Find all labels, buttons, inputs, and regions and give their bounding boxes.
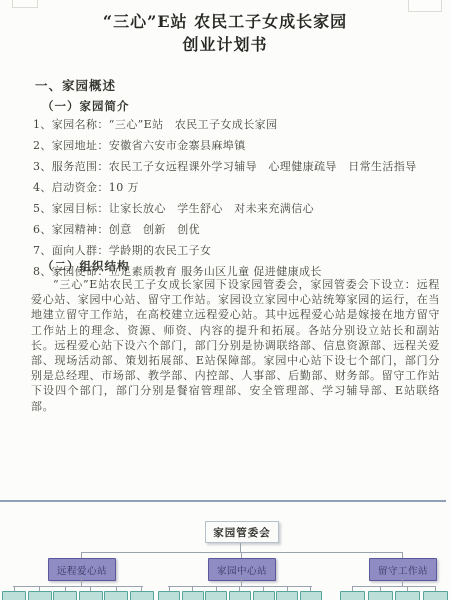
org-dept-group-home-center — [158, 586, 322, 600]
org-dept-boxes — [2, 586, 154, 600]
org-dept-box — [276, 586, 298, 600]
profile-item-name: 1、家园名称：“三心”E站 农民工子女成长家园 — [33, 114, 433, 135]
org-dept-box — [253, 586, 275, 600]
document-title: “三心”E站 农民工子女成长家园 创业计划书 — [0, 10, 450, 56]
org-dept-box — [28, 586, 52, 600]
org-dept-box — [340, 586, 365, 600]
profile-item-goal: 5、家园目标：让家长放心 学生舒心 对未来充满信心 — [33, 198, 433, 219]
org-station-home-center: 家园中心站 — [208, 558, 276, 581]
org-dept-box — [2, 586, 26, 600]
org-dept-box — [368, 586, 393, 600]
document-title-line2: 创业计划书 — [0, 33, 450, 56]
org-dept-box — [79, 586, 103, 600]
section-divider-line — [0, 500, 446, 502]
org-dept-group-remote-love — [2, 586, 154, 600]
org-dept-box — [130, 586, 154, 600]
org-root-box: 家园管委会 — [205, 521, 279, 543]
org-dept-box — [229, 586, 251, 600]
org-dept-box — [158, 586, 180, 600]
org-dept-box — [205, 586, 227, 600]
org-dept-box — [395, 586, 420, 600]
profile-item-startup-fund: 4、启动资金：10 万 — [33, 177, 433, 198]
document-title-line1: “三心”E站 农民工子女成长家园 — [0, 10, 450, 33]
profile-item-service-scope: 3、服务范围：农民工子女远程课外学习辅导 心理健康疏导 日常生活指导 — [33, 156, 433, 177]
org-connector-line — [241, 579, 242, 586]
profile-list: 1、家园名称：“三心”E站 农民工子女成长家园 2、家园地址：安徽省六安市金寨县… — [33, 114, 433, 282]
org-chart: 家园管委会 远程爱心站 家园中心站 留守工作站 — [0, 510, 450, 600]
org-dept-box — [423, 586, 448, 600]
org-dept-box — [182, 586, 204, 600]
subsection-heading-profile: （一）家园简介 — [42, 98, 130, 114]
org-station-remote-love: 远程爱心站 — [48, 558, 116, 581]
org-connector-line — [81, 579, 82, 586]
org-dept-group-left-behind — [340, 586, 448, 600]
org-connector-line — [402, 579, 403, 586]
org-dept-box — [300, 586, 322, 600]
org-connector-line — [240, 543, 241, 552]
org-station-left-behind: 留守工作站 — [369, 558, 437, 581]
subsection-heading-structure: （二）组织结构 — [42, 258, 130, 274]
document-page: “三心”E站 农民工子女成长家园 创业计划书 一、家园概述 （一）家园简介 1、… — [0, 0, 450, 600]
org-dept-box — [104, 586, 128, 600]
org-dept-box — [53, 586, 77, 600]
profile-item-spirit: 6、家园精神：创意 创新 创优 — [33, 219, 433, 240]
profile-item-address: 2、家园地址：安徽省六安市金寨县麻埠镇 — [33, 135, 433, 156]
org-dept-boxes — [158, 586, 322, 600]
org-dept-boxes — [340, 586, 448, 600]
section-heading: 一、家园概述 — [35, 76, 116, 94]
organization-paragraph: “三心”E站农民工子女成长家园下设家园管委会，家园管委会下设立：远程爱心站、家园… — [31, 277, 440, 414]
org-connector-line — [81, 552, 403, 553]
page-edge-artifact-left — [12, 0, 38, 8]
